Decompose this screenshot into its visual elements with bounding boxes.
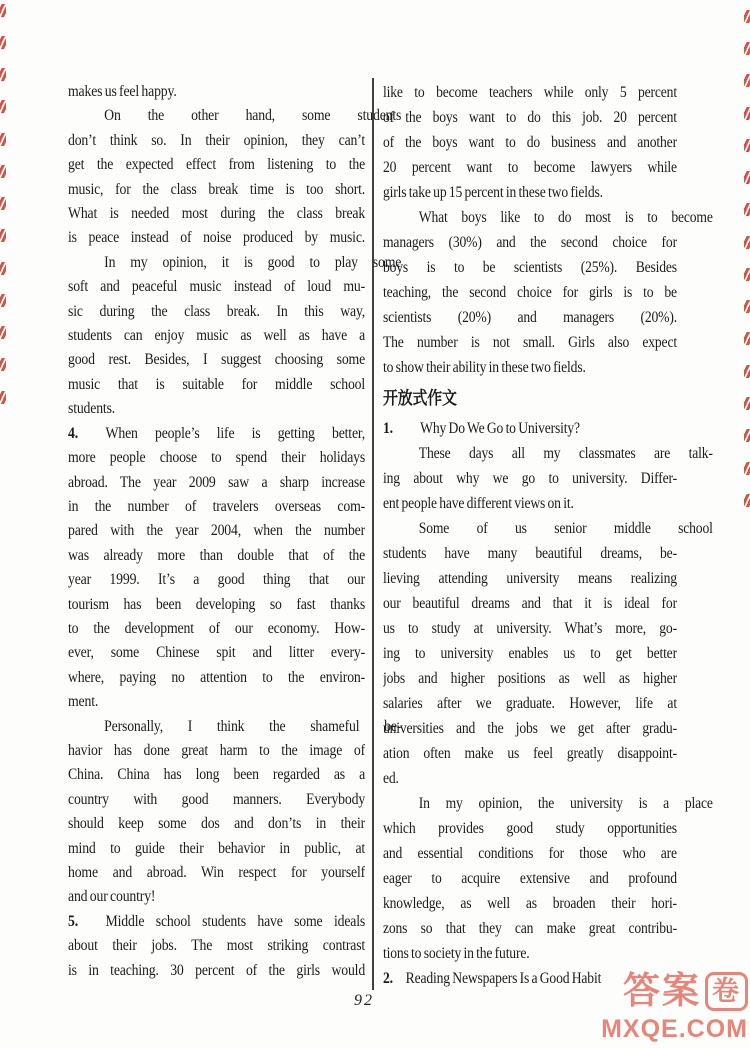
text-line: eager to acquire extensive and profound bbox=[383, 866, 677, 891]
text-line: In my opinion, the university is a place bbox=[383, 791, 713, 816]
text-line: music, for the class break time is too s… bbox=[68, 178, 365, 202]
item-number: 1. bbox=[383, 420, 393, 437]
text-line: Personally, I think the shameful be- bbox=[68, 715, 401, 739]
text-line: to show their ability in these two field… bbox=[383, 355, 677, 380]
red-edge-mark bbox=[744, 494, 750, 507]
red-edge-mark bbox=[0, 262, 6, 275]
text-line: The number is not small. Girls also expe… bbox=[383, 330, 677, 355]
red-edge-mark bbox=[744, 236, 750, 249]
text-line: don’t think so. In their opinion, they c… bbox=[68, 129, 365, 153]
item-number: 5. bbox=[68, 913, 78, 930]
text-line: country with good manners. Everybody bbox=[68, 788, 365, 812]
red-edge-mark bbox=[744, 171, 750, 184]
column-divider bbox=[372, 78, 374, 990]
text-line: Some of us senior middle school bbox=[383, 516, 713, 541]
text-line: students have many beautiful dreams, be- bbox=[383, 541, 677, 566]
text-line: music that is suitable for middle school bbox=[68, 373, 365, 397]
text-line: and essential conditions for those who a… bbox=[383, 841, 677, 866]
text-line: havior has done great harm to the image … bbox=[68, 739, 365, 763]
text-line: girls take up 15 percent in these two fi… bbox=[383, 180, 677, 205]
text-line: On the other hand, some students bbox=[68, 104, 401, 128]
text-line: us to study at university. What’s more, … bbox=[383, 616, 677, 641]
watermark-logo-text: 答案 bbox=[623, 971, 701, 1012]
text-line: China. China has long been regarded as a bbox=[68, 763, 365, 787]
text-line: good rest. Besides, I suggest choosing s… bbox=[68, 348, 365, 372]
text-line: ation often make us feel greatly disappo… bbox=[383, 741, 677, 766]
text-line: ed. bbox=[383, 766, 677, 791]
text-line: scientists (20%) and managers (20%). bbox=[383, 305, 677, 330]
red-edge-mark bbox=[0, 68, 6, 81]
text-line: where, paying no attention to the enviro… bbox=[68, 666, 365, 690]
text-line: is in teaching. 30 percent of the girls … bbox=[68, 959, 365, 983]
red-edge-mark bbox=[744, 429, 750, 442]
text-line: which provides good study opportunities bbox=[383, 816, 677, 841]
text-line: ent people have different views on it. bbox=[383, 491, 677, 516]
text-line: What is needed most during the class bre… bbox=[68, 202, 365, 226]
text-line: salaries after we graduate. However, lif… bbox=[383, 691, 677, 716]
text-line: What boys like to do most is to become bbox=[383, 205, 713, 230]
text-line: 5.Middle school students have some ideal… bbox=[68, 910, 365, 934]
text-line: to the development of our economy. How- bbox=[68, 617, 365, 641]
red-edge-mark bbox=[744, 300, 750, 313]
item-number: 4. bbox=[68, 425, 78, 442]
scanned-book-page: makes us feel happy.On the other hand, s… bbox=[0, 0, 750, 1048]
red-edge-mark bbox=[744, 203, 750, 216]
page-number: 92 bbox=[332, 992, 396, 1010]
text-line: universities and the jobs we get after g… bbox=[383, 716, 677, 741]
text-line: ing to university enables us to get bett… bbox=[383, 641, 677, 666]
text-line: of the boys want to do this job. 20 perc… bbox=[383, 105, 677, 130]
red-edge-mark bbox=[0, 4, 6, 17]
red-edge-mark bbox=[744, 10, 750, 23]
red-edge-mark bbox=[744, 107, 750, 120]
text-line: 20 percent want to become lawyers while bbox=[383, 155, 677, 180]
red-edge-mark bbox=[744, 462, 750, 475]
text-line: ever, some Chinese spit and litter every… bbox=[68, 641, 365, 665]
text-line: and our country! bbox=[68, 885, 365, 909]
text-line: jobs and higher positions as well as hig… bbox=[383, 666, 677, 691]
red-edge-mark bbox=[0, 358, 6, 371]
red-edge-mark bbox=[744, 365, 750, 378]
text-line: is peace instead of noise produced by mu… bbox=[68, 226, 365, 250]
red-edge-mark bbox=[0, 100, 6, 113]
text-line: zons so that they can make great contrib… bbox=[383, 916, 677, 941]
red-edge-mark bbox=[744, 268, 750, 281]
watermark-site-text: MXQE.COM bbox=[601, 1017, 748, 1042]
text-line: students. bbox=[68, 397, 365, 421]
text-line: tions to society in the future. bbox=[383, 941, 677, 966]
text-line: about their jobs. The most striking cont… bbox=[68, 934, 365, 958]
text-line: tourism has been developing so fast than… bbox=[68, 593, 365, 617]
red-edge-mark bbox=[0, 165, 6, 178]
text-line: students can enjoy music as well as have… bbox=[68, 324, 365, 348]
red-edge-mark bbox=[0, 133, 6, 146]
section-heading: 开放式作文 bbox=[383, 380, 677, 416]
watermark: 答案卷 MXQE.COM bbox=[601, 972, 748, 1042]
red-edge-mark bbox=[744, 74, 750, 87]
text-line: of the boys want to do business and anot… bbox=[383, 130, 677, 155]
red-edge-mark bbox=[0, 294, 6, 307]
text-line: should keep some dos and don’ts in their bbox=[68, 812, 365, 836]
red-edge-mark bbox=[0, 197, 6, 210]
text-line: soft and peaceful music instead of loud … bbox=[68, 275, 365, 299]
red-edge-mark bbox=[744, 397, 750, 410]
watermark-logo-boxed-char: 卷 bbox=[705, 972, 748, 1011]
text-line: ing about why we go to university. Diffe… bbox=[383, 466, 677, 491]
text-line: abroad. The year 2009 saw a sharp increa… bbox=[68, 471, 365, 495]
right-text-column: like to become teachers while only 5 per… bbox=[383, 80, 678, 991]
text-line: makes us feel happy. bbox=[68, 80, 365, 104]
text-line: like to become teachers while only 5 per… bbox=[383, 80, 677, 105]
watermark-logo: 答案卷 bbox=[601, 972, 748, 1013]
text-line: teaching, the second choice for girls is… bbox=[383, 280, 677, 305]
red-edge-mark bbox=[0, 36, 6, 49]
text-line: lieving attending university means reali… bbox=[383, 566, 677, 591]
text-line: knowledge, as well as broaden their hori… bbox=[383, 891, 677, 916]
text-line: get the expected effect from listening t… bbox=[68, 153, 365, 177]
text-line: These days all my classmates are talk- bbox=[383, 441, 713, 466]
text-line: mind to guide their behavior in public, … bbox=[68, 837, 365, 861]
text-line: more people choose to spend their holida… bbox=[68, 446, 365, 470]
red-edge-mark bbox=[744, 332, 750, 345]
text-line: 1.Why Do We Go to University? bbox=[383, 416, 677, 441]
red-edge-mark bbox=[0, 326, 6, 339]
item-number: 2. bbox=[383, 970, 393, 987]
text-line: boys is to be scientists (25%). Besides bbox=[383, 255, 677, 280]
text-line: In my opinion, it is good to play some bbox=[68, 251, 401, 275]
text-line: pared with the year 2004, when the numbe… bbox=[68, 519, 365, 543]
red-edge-mark bbox=[0, 391, 6, 404]
text-line: ment. bbox=[68, 690, 365, 714]
text-line: managers (30%) and the second choice for bbox=[383, 230, 677, 255]
text-line: 4.When people’s life is getting better, bbox=[68, 422, 365, 446]
left-text-column: makes us feel happy.On the other hand, s… bbox=[68, 80, 366, 983]
text-line: home and abroad. Win respect for yoursel… bbox=[68, 861, 365, 885]
text-line: sic during the class break. In this way, bbox=[68, 300, 365, 324]
red-edge-mark bbox=[0, 229, 6, 242]
text-line: our beautiful dreams and that it is idea… bbox=[383, 591, 677, 616]
red-edge-mark bbox=[744, 139, 750, 152]
text-line: was already more than double that of the bbox=[68, 544, 365, 568]
text-line: in the number of travelers overseas com- bbox=[68, 495, 365, 519]
red-edge-mark bbox=[744, 42, 750, 55]
text-line: year 1999. It’s a good thing that our bbox=[68, 568, 365, 592]
